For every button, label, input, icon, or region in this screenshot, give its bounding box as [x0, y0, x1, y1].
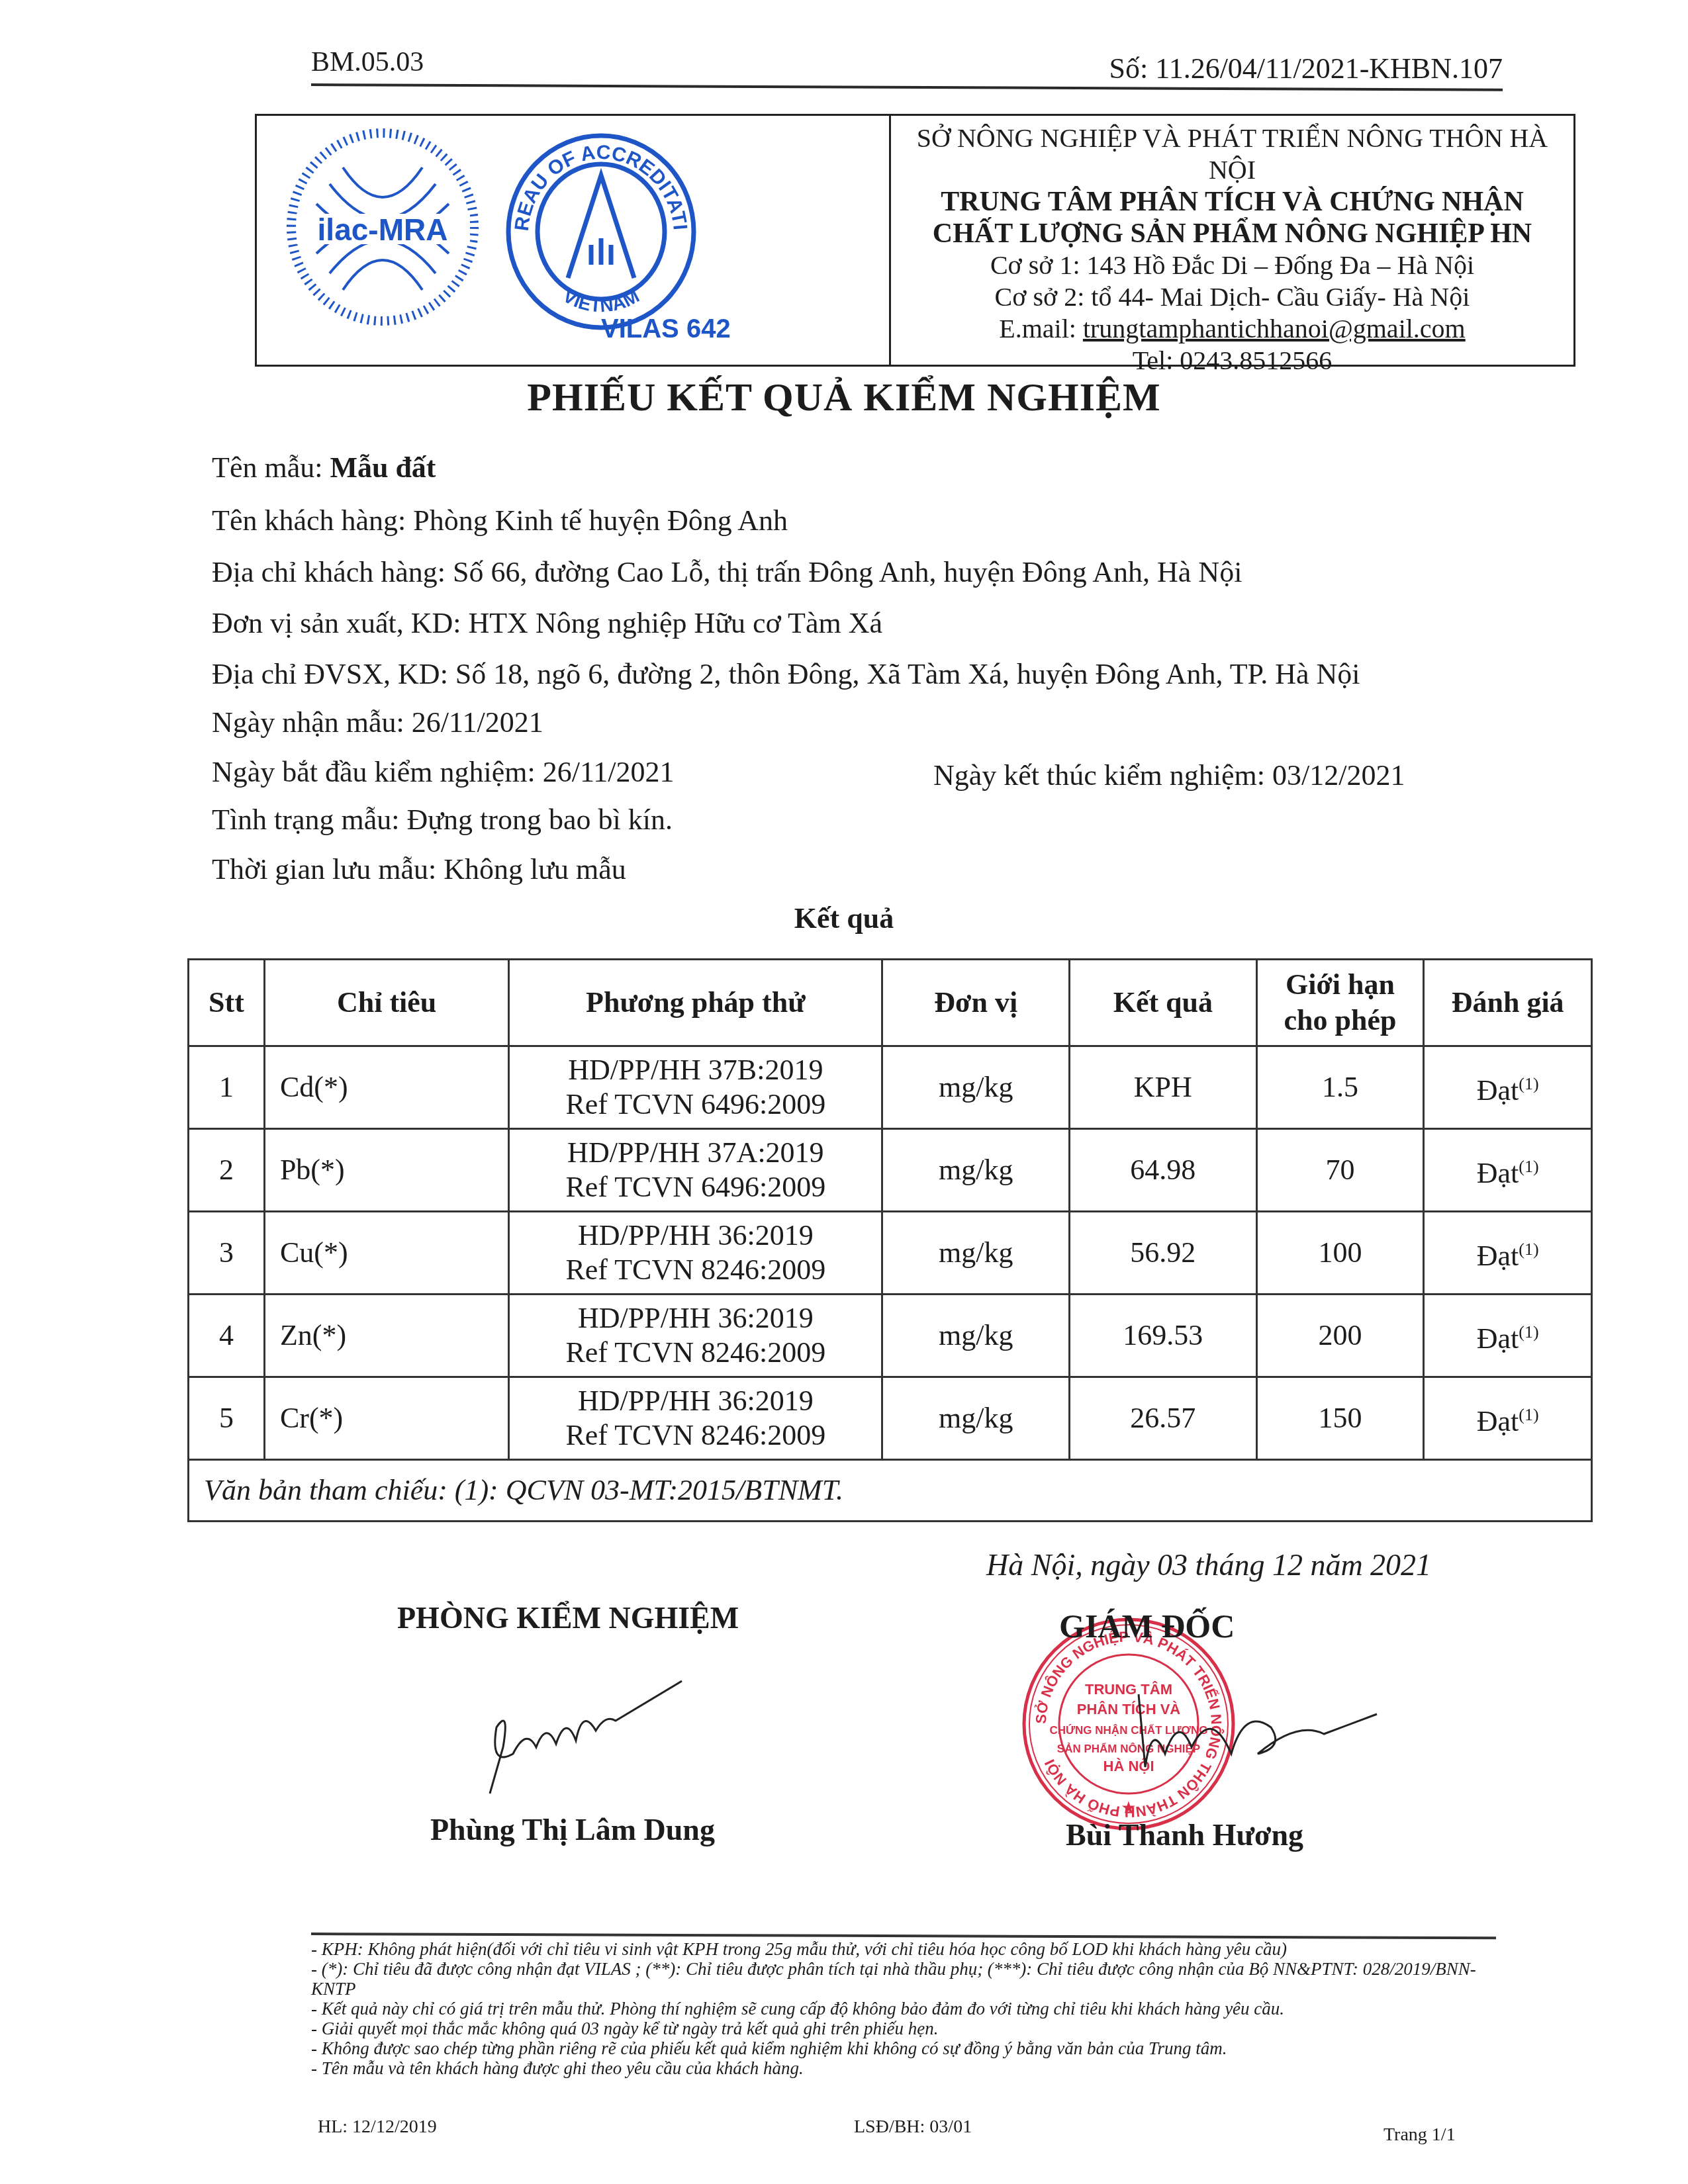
table-row: 5Cr(*)HD/PP/HH 36:2019Ref TCVN 8246:2009…	[189, 1377, 1592, 1460]
cell-method: HD/PP/HH 36:2019Ref TCVN 8246:2009	[509, 1295, 882, 1377]
table-row: 1Cd(*)HD/PP/HH 37B:2019Ref TCVN 6496:200…	[189, 1046, 1592, 1129]
results-heading: Kết quả	[0, 901, 1688, 935]
cell-stt: 2	[189, 1129, 265, 1212]
cell-unit: mg/kg	[882, 1377, 1070, 1460]
director-name: Bùi Thanh Hương	[1066, 1817, 1303, 1852]
table-row: 4Zn(*)HD/PP/HH 36:2019Ref TCVN 8246:2009…	[189, 1295, 1592, 1377]
center-name-line2: CHẤT LƯỢNG SẢN PHẨM NÔNG NGHIỆP HN	[891, 218, 1573, 250]
cell-indicator: Pb(*)	[264, 1129, 508, 1212]
cell-indicator: Cr(*)	[264, 1377, 508, 1460]
svg-text:ilac-MRA: ilac-MRA	[318, 212, 448, 247]
department-name: SỞ NÔNG NGHIỆP VÀ PHÁT TRIỂN NÔNG THÔN H…	[891, 122, 1573, 186]
cell-evaluation: Đạt(1)	[1424, 1295, 1592, 1377]
producer-address: Địa chỉ ĐVSX, KD: Số 18, ngõ 6, đường 2,…	[212, 657, 1360, 692]
results-table: Stt Chỉ tiêu Phương pháp thử Đơn vị Kết …	[187, 958, 1593, 1522]
sample-name: Tên mẫu: Mẫu đất	[212, 450, 436, 486]
sample-condition: Tình trạng mẫu: Đựng trong bao bì kín.	[212, 802, 673, 838]
revision: LSĐ/BH: 03/01	[854, 2116, 972, 2138]
col-header-result: Kết quả	[1070, 960, 1257, 1046]
accreditation-logos: ilac-MRA BUREAU OF ACCREDITATION VIETNAM	[257, 116, 891, 365]
footnote: - Không được sao chép từng phần riêng rẽ…	[311, 2038, 1496, 2058]
cell-indicator: Zn(*)	[264, 1295, 508, 1377]
cell-limit: 1.5	[1256, 1046, 1424, 1129]
col-header-unit: Đơn vị	[882, 960, 1070, 1046]
cell-evaluation: Đạt(1)	[1424, 1129, 1592, 1212]
footnote: - KPH: Không phát hiện(đối với chỉ tiêu …	[311, 1939, 1496, 1959]
address-1: Cơ sở 1: 143 Hồ Đắc Di – Đống Đa – Hà Nộ…	[891, 250, 1573, 281]
cell-method: HD/PP/HH 36:2019Ref TCVN 8246:2009	[509, 1377, 882, 1460]
footnote: - Tên mẫu và tên khách hàng được ghi the…	[311, 2058, 1496, 2078]
cell-limit: 100	[1256, 1212, 1424, 1295]
bureau-of-accreditation-logo-icon: BUREAU OF ACCREDITATION VIETNAM	[502, 129, 700, 334]
test-start-date: Ngày bắt đầu kiểm nghiệm: 26/11/2021	[212, 754, 675, 790]
test-end-date: Ngày kết thúc kiểm nghiệm: 03/12/2021	[933, 758, 1405, 792]
cell-limit: 70	[1256, 1129, 1424, 1212]
retention-time: Thời gian lưu mẫu: Không lưu mẫu	[212, 852, 626, 887]
organization-info: SỞ NÔNG NGHIỆP VÀ PHÁT TRIỂN NÔNG THÔN H…	[891, 116, 1573, 365]
reference-note: Văn bản tham chiếu: (1): QCVN 03-MT:2015…	[189, 1460, 1592, 1522]
cell-result: KPH	[1070, 1046, 1257, 1129]
cell-method: HD/PP/HH 37A:2019Ref TCVN 6496:2009	[509, 1129, 882, 1212]
cell-method: HD/PP/HH 36:2019Ref TCVN 8246:2009	[509, 1212, 882, 1295]
footnote: - (*): Chỉ tiêu đã được công nhận đạt VI…	[311, 1959, 1496, 1999]
cell-unit: mg/kg	[882, 1212, 1070, 1295]
cell-unit: mg/kg	[882, 1129, 1070, 1212]
lab-signature-icon	[463, 1668, 728, 1800]
col-header-indicator: Chỉ tiêu	[264, 960, 508, 1046]
cell-indicator: Cu(*)	[264, 1212, 508, 1295]
customer-address: Địa chỉ khách hàng: Số 66, đường Cao Lỗ,…	[212, 555, 1242, 590]
cell-evaluation: Đạt(1)	[1424, 1377, 1592, 1460]
ilac-mra-logo-icon: ilac-MRA	[283, 128, 482, 326]
cell-indicator: Cd(*)	[264, 1046, 508, 1129]
letterhead: ilac-MRA BUREAU OF ACCREDITATION VIETNAM	[255, 114, 1575, 367]
cell-stt: 1	[189, 1046, 265, 1129]
table-header-row: Stt Chỉ tiêu Phương pháp thử Đơn vị Kết …	[189, 960, 1592, 1046]
col-header-limit: Giới hạn cho phép	[1256, 960, 1424, 1046]
footnote: - Kết quả này chỉ có giá trị trên mẫu th…	[311, 1999, 1496, 2019]
place-date: Hà Nội, ngày 03 tháng 12 năm 2021	[986, 1547, 1431, 1582]
page-number: Trang 1/1	[1383, 2124, 1456, 2146]
telephone: Tel: 0243.8512566	[891, 345, 1573, 377]
col-header-method: Phương pháp thử	[509, 960, 882, 1046]
cell-result: 64.98	[1070, 1129, 1257, 1212]
director-signature-icon	[1125, 1681, 1470, 1774]
cell-method: HD/PP/HH 37B:2019Ref TCVN 6496:2009	[509, 1046, 882, 1129]
cell-unit: mg/kg	[882, 1295, 1070, 1377]
svg-text:VIETNAM: VIETNAM	[559, 285, 642, 316]
table-row: 3Cu(*)HD/PP/HH 36:2019Ref TCVN 8246:2009…	[189, 1212, 1592, 1295]
cell-result: 26.57	[1070, 1377, 1257, 1460]
reference-row: Văn bản tham chiếu: (1): QCVN 03-MT:2015…	[189, 1460, 1592, 1522]
cell-stt: 5	[189, 1377, 265, 1460]
footnotes: - KPH: Không phát hiện(đối với chỉ tiêu …	[311, 1939, 1496, 2078]
col-header-evaluation: Đánh giá	[1424, 960, 1592, 1046]
customer-name: Tên khách hàng: Phòng Kinh tế huyện Đông…	[212, 503, 788, 539]
cell-evaluation: Đạt(1)	[1424, 1212, 1592, 1295]
cell-result: 56.92	[1070, 1212, 1257, 1295]
footnote: - Giải quyết mọi thắc mắc không quá 03 n…	[311, 2019, 1496, 2038]
cell-limit: 200	[1256, 1295, 1424, 1377]
lab-signatory-title: PHÒNG KIỂM NGHIỆM	[397, 1600, 739, 1635]
cell-unit: mg/kg	[882, 1046, 1070, 1129]
cell-evaluation: Đạt(1)	[1424, 1046, 1592, 1129]
producer: Đơn vị sản xuất, KD: HTX Nông nghiệp Hữu…	[212, 606, 882, 641]
form-code: BM.05.03	[311, 46, 424, 78]
cell-stt: 4	[189, 1295, 265, 1377]
page-title: PHIẾU KẾT QUẢ KIỂM NGHIỆM	[0, 375, 1688, 420]
email-line: E.mail: trungtamphantichhanoi@gmail.com	[891, 313, 1573, 345]
report-number: Số: 11.26/04/11/2021-KHBN.107	[1109, 52, 1503, 85]
col-header-stt: Stt	[189, 960, 265, 1046]
center-name-line1: TRUNG TÂM PHÂN TÍCH VÀ CHỨNG NHẬN	[891, 186, 1573, 218]
footer-rule	[311, 1933, 1496, 1939]
svg-text:★: ★	[1121, 1798, 1136, 1817]
cell-result: 169.53	[1070, 1295, 1257, 1377]
cell-stt: 3	[189, 1212, 265, 1295]
received-date: Ngày nhận mẫu: 26/11/2021	[212, 705, 543, 741]
table-row: 2Pb(*)HD/PP/HH 37A:2019Ref TCVN 6496:200…	[189, 1129, 1592, 1212]
effective-date: HL: 12/12/2019	[318, 2116, 437, 2138]
lab-signatory-name: Phùng Thị Lâm Dung	[430, 1812, 715, 1847]
address-2: Cơ sở 2: tổ 44- Mai Dịch- Cầu Giấy- Hà N…	[891, 281, 1573, 313]
vilas-number: VILAS 642	[601, 314, 731, 344]
director-title: GIÁM ĐỐC	[1059, 1607, 1235, 1645]
cell-limit: 150	[1256, 1377, 1424, 1460]
email-link[interactable]: trungtamphantichhanoi@gmail.com	[1083, 314, 1466, 343]
